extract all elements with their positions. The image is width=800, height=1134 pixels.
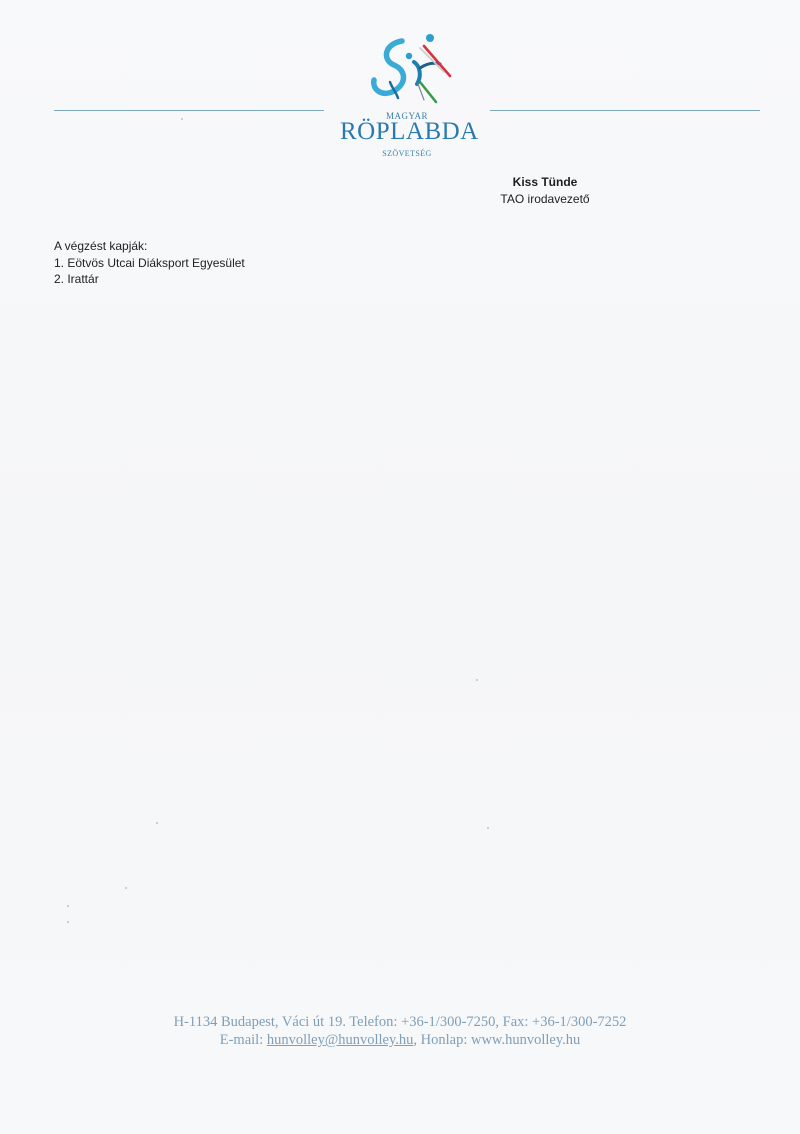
recipients-heading: A végzést kapják:	[54, 238, 245, 255]
letterhead-footer: H-1134 Budapest, Váci út 19. Telefon: +3…	[0, 1013, 800, 1049]
footer-website-label: , Honlap:	[413, 1032, 471, 1048]
signature-block: Kiss Tünde TAO irodavezető	[480, 174, 610, 208]
scan-speck	[487, 827, 489, 829]
recipient-item: 1. Eötvös Utcai Diáksport Egyesület	[54, 255, 245, 272]
recipients-list: A végzést kapják: 1. Eötvös Utcai Diáksp…	[54, 238, 245, 288]
header-rule-left	[54, 110, 324, 111]
scan-speck	[67, 905, 69, 907]
footer-email-link[interactable]: hunvolley@hunvolley.hu	[267, 1032, 414, 1048]
recipient-item: 2. Irattár	[54, 271, 245, 288]
scan-speck	[476, 679, 478, 681]
scan-speck	[67, 921, 69, 923]
logo-text-roplabda: RÖPLABDA	[340, 118, 474, 146]
footer-contact-line: E-mail: hunvolley@hunvolley.hu, Honlap: …	[0, 1031, 800, 1049]
scan-speck	[181, 118, 183, 120]
federation-logo: MAGYAR RÖPLABDA SZÖVETSÉG	[340, 32, 480, 162]
volleyball-player-logo-icon	[362, 32, 462, 107]
footer-address-line: H-1134 Budapest, Váci út 19. Telefon: +3…	[0, 1013, 800, 1031]
logo-text-szovetseg: SZÖVETSÉG	[340, 149, 474, 158]
scan-speck	[156, 822, 158, 824]
footer-email-label: E-mail:	[220, 1032, 267, 1048]
header-rule-right	[490, 110, 760, 111]
signatory-name: Kiss Tünde	[480, 174, 610, 191]
scan-speck	[125, 887, 127, 889]
footer-website[interactable]: www.hunvolley.hu	[471, 1032, 580, 1048]
signatory-title: TAO irodavezető	[480, 191, 610, 208]
document-page: MAGYAR RÖPLABDA SZÖVETSÉG Kiss Tünde TAO…	[0, 0, 800, 1134]
